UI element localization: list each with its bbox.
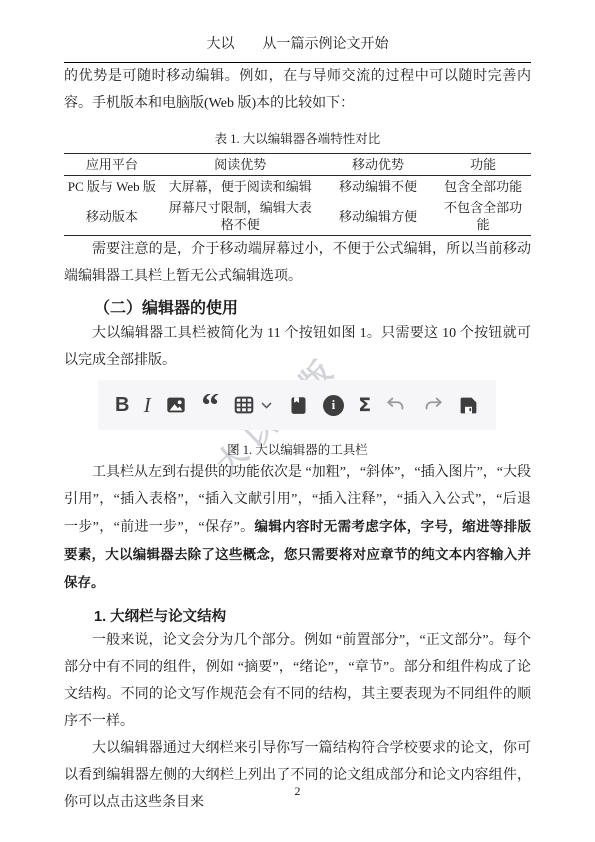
citation-book-icon (288, 395, 309, 416)
platform-comparison-table: 应用平台 阅读优势 移动优势 功能 PC 版与 Web 版 大屏幕，便于阅读和编… (64, 153, 531, 236)
table-cell: 包含全部功能 (435, 176, 531, 198)
paragraph: 的优势是可随时移动编辑。例如，在与导师交流的过程中可以随时完善内容。手机版本和电… (64, 63, 531, 117)
redo-icon (422, 394, 444, 416)
insert-table-control (233, 394, 273, 416)
table-caption: 表 1. 大以编辑器各端特性对比 (64, 131, 531, 148)
page-content: 大以 从一篇示例论文开始 的优势是可随时移动编辑。例如，在与导师交流的过程中可以… (0, 0, 595, 816)
blockquote-icon: “ (201, 394, 219, 416)
table-cell: 大屏幕，便于阅读和编辑 (160, 176, 321, 198)
page-header: 大以 从一篇示例论文开始 (64, 34, 531, 63)
paragraph: 工具栏从左到右提供的功能依次是 “加粗”，“斜体”，“插入图片”，“大段引用”，… (64, 459, 531, 597)
save-icon (458, 395, 479, 416)
table-cell: PC 版与 Web 版 (64, 176, 160, 198)
document-page: 大以排版 大以 从一篇示例论文开始 的优势是可随时移动编辑。例如，在与导师交流的… (0, 0, 595, 842)
column-header: 应用平台 (64, 154, 160, 176)
figure-caption: 图 1. 大以编辑器的工具栏 (64, 442, 531, 459)
bold-icon: B (115, 394, 129, 417)
table-row: 移动版本 屏幕尺寸限制，编辑大表格不便 移动编辑方便 不包含全部功能 (64, 197, 531, 236)
table-header-row: 应用平台 阅读优势 移动优势 功能 (64, 154, 531, 176)
subsection-heading: 1. 大纲栏与论文结构 (64, 607, 531, 627)
paragraph: 大以编辑器通过大纲栏来引导你写一篇结构符合学校要求的论文，你可以看到编辑器左侧的… (64, 735, 531, 816)
section-heading: （二）编辑器的使用 (64, 298, 531, 320)
page-number: 2 (0, 784, 595, 799)
table-cell: 不包含全部功能 (435, 197, 531, 236)
table-row: PC 版与 Web 版 大屏幕，便于阅读和编辑 移动编辑不便 包含全部功能 (64, 176, 531, 198)
column-header: 功能 (435, 154, 531, 176)
header-title: 大以 从一篇示例论文开始 (207, 37, 389, 52)
insert-table-icon (233, 394, 255, 416)
chevron-down-icon (260, 399, 273, 412)
paragraph: 大以编辑器工具栏被简化为 11 个按钮如图 1。只需要这 10 个按钮就可以完成… (64, 320, 531, 374)
insert-image-icon (165, 394, 187, 416)
editor-toolbar-figure: B I “ i Σ (98, 380, 496, 430)
formula-sigma-icon: Σ (358, 394, 371, 416)
column-header: 移动优势 (321, 154, 435, 176)
column-header: 阅读优势 (160, 154, 321, 176)
table-cell: 屏幕尺寸限制，编辑大表格不便 (160, 197, 321, 236)
table-cell: 移动版本 (64, 197, 160, 236)
table-cell: 移动编辑不便 (321, 176, 435, 198)
undo-icon (385, 394, 407, 416)
table-cell: 移动编辑方便 (321, 197, 435, 236)
footnote-info-icon: i (323, 395, 344, 416)
italic-icon: I (144, 393, 151, 418)
paragraph: 一般来说，论文会分为几个部分。例如 “前置部分”，“正文部分”。每个部分中有不同… (64, 627, 531, 735)
paragraph: 需要注意的是，介于移动端屏幕过小，不便于公式编辑，所以当前移动端编辑器工具栏上暂… (64, 236, 531, 290)
